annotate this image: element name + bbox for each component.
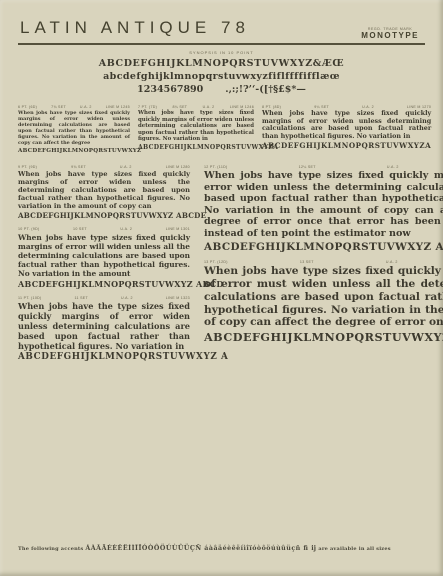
synopsis-figures: 1234567890 — [137, 84, 203, 95]
specimen-header: 10 PT. (9D) 10 SET U.A. 2 LINE M 1301 — [18, 227, 190, 231]
line-label: LINE M 1246 — [230, 105, 254, 109]
specimen-header: 13 PT. (12D) 13 SET U.A. 2 LINE M 1388 — [204, 260, 443, 264]
specimen-text: When jobs have type sizes fixed quickly … — [204, 265, 443, 329]
specimen-text: When jobs have the type sizes fixed quic… — [18, 301, 190, 351]
line-label: LINE M 1245 — [106, 105, 130, 109]
specimen-alphabet: ABCDEFGHIJKLMNOPQRSTUVWXYZA — [262, 141, 431, 150]
set-label: 8¼ SET — [173, 105, 188, 109]
synopsis-lowercase: abcdefghijklmnopqrstuvwxyzfiflffffifflæœ — [18, 71, 425, 82]
masthead: LATIN ANTIQUE 78 REGD. TRADE MARK MONOTY… — [18, 14, 425, 40]
specimen-header: 8 PT. (8D) 9¼ SET U.A. 2 LINE M 1270 — [262, 105, 431, 109]
specimen-text: When jobs have type sizes fixed quickly … — [18, 170, 190, 210]
line-label: LINE M 1280 — [166, 165, 190, 169]
size-label: 11 PT. (10D) — [18, 296, 42, 300]
accents-glyphs: ÁÀÂÄÉÈÊËÍÌÎÏÓÒÔÖÚÙÛÜÇÑ áàâäéèêëíìîïóòôöú… — [85, 545, 316, 552]
specimen-header: 12 PT. (11D) 12¼ SET U.A. 2 LINE M 1349 — [204, 165, 443, 169]
specimen-alphabet: ABCDEFGHIJKLMNOPQRSTUVWXYZ — [18, 148, 130, 154]
right-column: 12 PT. (11D) 12¼ SET U.A. 2 LINE M 1349 … — [204, 165, 443, 352]
brand-name: MONOTYPE — [361, 31, 419, 40]
synopsis-uppercase: ABCDEFGHIJKLMNOPQRSTUVWXYZ&ÆŒ — [18, 58, 425, 69]
size-label: 7 PT. (7D) — [138, 105, 157, 109]
specimen-text: When jobs have type sizes fixed quickly … — [204, 170, 443, 240]
specimen-alphabet: ABCDEFGHIJKLMNOPQRSTUVWXYZ ABCDEF — [204, 241, 443, 253]
line-label: LINE M 1301 — [166, 227, 190, 231]
set-label: 9¾ SET — [71, 165, 86, 169]
accents-note-suffix: are available in all sizes — [318, 546, 390, 552]
ua-label: U.A. 2 — [121, 296, 133, 300]
set-label: 7¾ SET — [51, 105, 66, 109]
line-label: LINE M 1323 — [166, 296, 190, 300]
set-label: 9¼ SET — [314, 105, 329, 109]
line-label: LINE M 1270 — [407, 105, 431, 109]
set-label: 11 SET — [74, 296, 88, 300]
specimen-block-9pt: 9 PT. (9D) 9¾ SET U.A. 2 LINE M 1280 Whe… — [18, 165, 190, 221]
synopsis-punctuation: .,:;!?’‘-([†§£$*— — [225, 84, 306, 95]
set-label: 10 SET — [73, 227, 87, 231]
specimen-block-6pt: 6 PT. (6D) 7¾ SET U.A. 2 LINE M 1245 Whe… — [18, 105, 130, 154]
specimen-text: When jobs have type sizes fixed quickly … — [138, 110, 254, 143]
size-label: 12 PT. (11D) — [204, 165, 228, 169]
specimen-alphabet: ABCDEFGHIJKLMNOPQRSTUVWXYZ ABCD — [18, 279, 190, 289]
specimen-alphabet: ABCDEFGHIJKLMNOPQRSTUVWXYZ ABCDE — [18, 211, 190, 220]
specimen-header: 9 PT. (9D) 9¾ SET U.A. 2 LINE M 1280 — [18, 165, 190, 169]
size-label: 6 PT. (6D) — [18, 105, 37, 109]
set-label: 13 SET — [300, 260, 314, 264]
specimen-block-10pt: 10 PT. (9D) 10 SET U.A. 2 LINE M 1301 Wh… — [18, 227, 190, 289]
specimen-alphabet: ABCDEFGHIJKLMNOPQRSTUVWXYZ A — [18, 352, 190, 362]
specimen-sheet: LATIN ANTIQUE 78 REGD. TRADE MARK MONOTY… — [0, 0, 443, 576]
brand-mark: REGD. TRADE MARK MONOTYPE — [361, 27, 419, 40]
specimen-block-11pt: 11 PT. (10D) 11 SET U.A. 2 LINE M 1323 W… — [18, 296, 190, 363]
ua-label: U.A. 2 — [80, 105, 92, 109]
specimen-text: When jobs have type sizes fixed quickly … — [18, 110, 130, 147]
specimen-text: When jobs have type sizes fixed quickly … — [18, 233, 190, 278]
header-rule — [18, 43, 425, 45]
specimen-header: 6 PT. (6D) 7¾ SET U.A. 2 LINE M 1245 — [18, 105, 130, 109]
accents-note: The following accents ÁÀÂÄÉÈÊËÍÌÎÏÓÒÔÖÚÙ… — [18, 545, 425, 566]
size-label: 8 PT. (8D) — [262, 105, 281, 109]
specimen-header: 7 PT. (7D) 8¼ SET U.A. 2 LINE M 1246 — [138, 105, 254, 109]
specimen-two-column-area: 9 PT. (9D) 9¾ SET U.A. 2 LINE M 1280 Whe… — [18, 165, 425, 370]
ua-label: U.A. 2 — [120, 227, 132, 231]
accents-note-prefix: The following accents — [18, 546, 83, 552]
size-label: 9 PT. (9D) — [18, 165, 37, 169]
synopsis-figures-line: 1234567890 .,:;!?’‘-([†§£$*— — [18, 84, 425, 95]
set-label: 12¼ SET — [299, 165, 316, 169]
ua-label: U.A. 2 — [386, 260, 398, 264]
ua-label: U.A. 2 — [203, 105, 215, 109]
specimen-row-small-sizes: 6 PT. (6D) 7¾ SET U.A. 2 LINE M 1245 Whe… — [18, 105, 425, 161]
size-label: 13 PT. (12D) — [204, 260, 228, 264]
ua-label: U.A. 2 — [120, 165, 132, 169]
synopsis-label: SYNOPSIS IN 10 POINT — [18, 50, 425, 55]
ua-label: U.A. 2 — [387, 165, 399, 169]
synopsis-section: SYNOPSIS IN 10 POINT ABCDEFGHIJKLMNOPQRS… — [18, 50, 425, 95]
specimen-block-13pt: 13 PT. (12D) 13 SET U.A. 2 LINE M 1388 W… — [204, 260, 443, 344]
specimen-block-7pt: 7 PT. (7D) 8¼ SET U.A. 2 LINE M 1246 Whe… — [138, 105, 254, 154]
specimen-alphabet: ABCDEFGHIJKLMNOPQRSTUVWXYZ ABCD — [204, 330, 443, 344]
specimen-block-8pt: 8 PT. (8D) 9¼ SET U.A. 2 LINE M 1270 Whe… — [262, 105, 431, 154]
ua-label: U.A. 2 — [362, 105, 374, 109]
specimen-block-12pt: 12 PT. (11D) 12¼ SET U.A. 2 LINE M 1349 … — [204, 165, 443, 253]
size-label: 10 PT. (9D) — [18, 227, 39, 231]
specimen-text: When jobs have type sizes fixed quickly … — [262, 110, 431, 140]
specimen-alphabet: ABCDEFGHIJKLMNOPQRSTUVWXYZA — [138, 144, 254, 151]
page-title: LATIN ANTIQUE 78 — [20, 18, 250, 38]
specimen-header: 11 PT. (10D) 11 SET U.A. 2 LINE M 1323 — [18, 296, 190, 300]
left-column: 9 PT. (9D) 9¾ SET U.A. 2 LINE M 1280 Whe… — [18, 165, 190, 370]
